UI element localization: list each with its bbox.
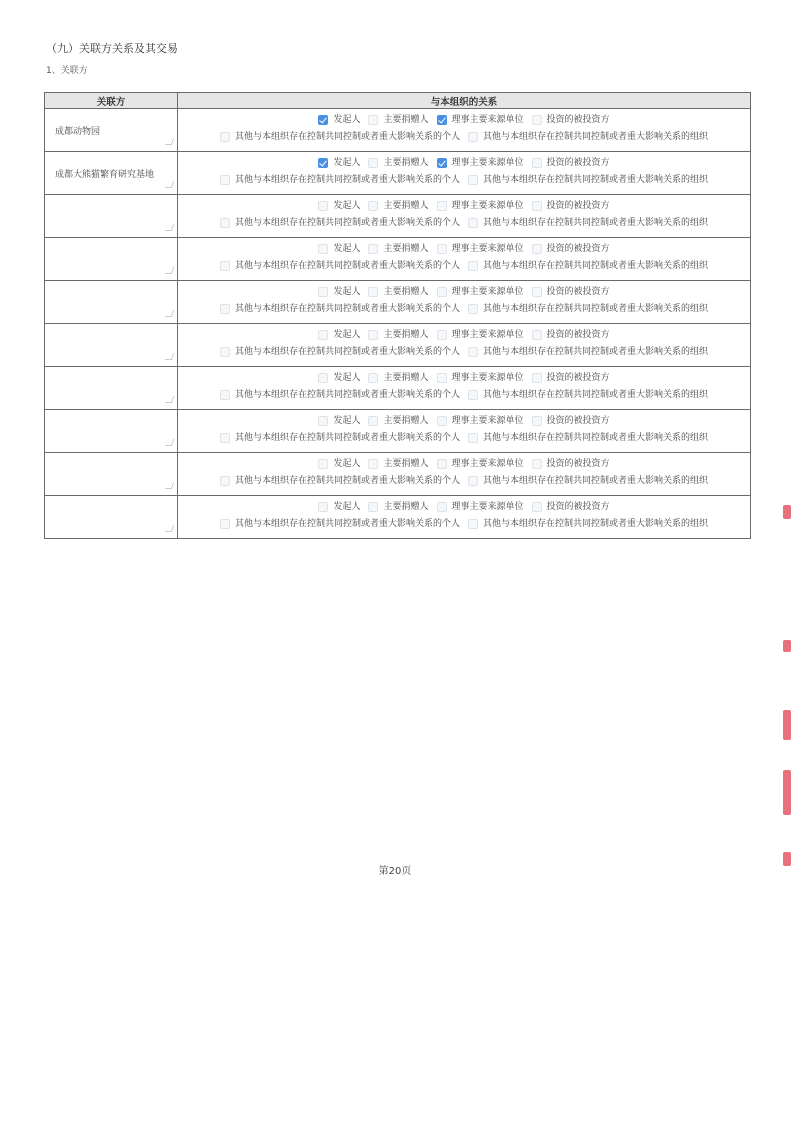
relationship-option[interactable]: 其他与本组织存在控制共同控制或者重大影响关系的个人 — [220, 302, 460, 316]
relationship-option[interactable]: 其他与本组织存在控制共同控制或者重大影响关系的个人 — [220, 431, 460, 445]
related-party-name — [45, 211, 55, 221]
seal-mark — [783, 852, 791, 866]
relationship-option[interactable]: 其他与本组织存在控制共同控制或者重大影响关系的组织 — [468, 345, 708, 359]
checkbox[interactable] — [220, 476, 230, 486]
checkbox[interactable] — [318, 373, 328, 383]
option-label: 投资的被投资方 — [547, 500, 610, 514]
checkbox[interactable] — [318, 158, 328, 168]
option-label: 其他与本组织存在控制共同控制或者重大影响关系的组织 — [483, 517, 708, 531]
option-label: 其他与本组织存在控制共同控制或者重大影响关系的组织 — [483, 474, 708, 488]
relationship-option[interactable]: 其他与本组织存在控制共同控制或者重大影响关系的组织 — [468, 216, 708, 230]
checkbox[interactable] — [532, 158, 542, 168]
option-label: 发起人 — [333, 199, 360, 213]
relationship-options: 发起人主要捐赠人理事主要来源单位投资的被投资方其他与本组织存在控制共同控制或者重… — [178, 410, 751, 453]
relationship-option[interactable]: 投资的被投资方 — [532, 199, 610, 213]
seal-mark — [783, 505, 791, 519]
checkbox[interactable] — [318, 459, 328, 469]
resize-handle-icon[interactable] — [165, 396, 175, 403]
relationship-option[interactable]: 主要捐赠人 — [368, 242, 428, 256]
relationship-option[interactable]: 主要捐赠人 — [368, 285, 428, 299]
checkbox[interactable] — [468, 519, 478, 529]
option-label: 投资的被投资方 — [547, 371, 610, 385]
checkbox[interactable] — [368, 287, 378, 297]
relationship-option[interactable]: 其他与本组织存在控制共同控制或者重大影响关系的组织 — [468, 173, 708, 187]
checkbox[interactable] — [220, 132, 230, 142]
option-label: 其他与本组织存在控制共同控制或者重大影响关系的组织 — [483, 130, 708, 144]
checkbox[interactable] — [468, 175, 478, 185]
relationship-option[interactable]: 投资的被投资方 — [532, 414, 610, 428]
table-row: 发起人主要捐赠人理事主要来源单位投资的被投资方其他与本组织存在控制共同控制或者重… — [45, 281, 751, 324]
relationship-option[interactable]: 理事主要来源单位 — [437, 242, 524, 256]
option-label: 其他与本组织存在控制共同控制或者重大影响关系的组织 — [483, 259, 708, 273]
related-party-field[interactable] — [45, 496, 178, 539]
option-label: 其他与本组织存在控制共同控制或者重大影响关系的个人 — [235, 345, 460, 359]
resize-handle-icon[interactable] — [165, 525, 175, 532]
checkbox[interactable] — [532, 416, 542, 426]
option-label: 主要捐赠人 — [383, 414, 428, 428]
header-relationship: 与本组织的关系 — [178, 93, 751, 109]
relationship-option[interactable]: 主要捐赠人 — [368, 156, 428, 170]
option-label: 发起人 — [333, 156, 360, 170]
checkbox[interactable] — [468, 132, 478, 142]
relationship-option[interactable]: 其他与本组织存在控制共同控制或者重大影响关系的组织 — [468, 431, 708, 445]
option-label: 其他与本组织存在控制共同控制或者重大影响关系的个人 — [235, 216, 460, 230]
checkbox[interactable] — [368, 502, 378, 512]
relationship-options: 发起人主要捐赠人理事主要来源单位投资的被投资方其他与本组织存在控制共同控制或者重… — [178, 496, 751, 539]
relationship-option[interactable]: 理事主要来源单位 — [437, 328, 524, 342]
checkbox[interactable] — [318, 201, 328, 211]
relationship-option[interactable]: 发起人 — [318, 371, 360, 385]
checkbox[interactable] — [318, 287, 328, 297]
option-label: 发起人 — [333, 113, 360, 127]
option-label: 投资的被投资方 — [547, 113, 610, 127]
checkbox[interactable] — [318, 502, 328, 512]
related-party-name — [45, 469, 55, 479]
relationship-options: 发起人主要捐赠人理事主要来源单位投资的被投资方其他与本组织存在控制共同控制或者重… — [178, 238, 751, 281]
option-label: 发起人 — [333, 285, 360, 299]
checkbox[interactable] — [220, 390, 230, 400]
relationship-option[interactable]: 主要捐赠人 — [368, 500, 428, 514]
table-row: 发起人主要捐赠人理事主要来源单位投资的被投资方其他与本组织存在控制共同控制或者重… — [45, 195, 751, 238]
checkbox[interactable] — [468, 347, 478, 357]
table-row: 成都大熊猫繁育研究基地发起人主要捐赠人理事主要来源单位投资的被投资方其他与本组织… — [45, 152, 751, 195]
option-label: 理事主要来源单位 — [452, 457, 524, 471]
checkbox[interactable] — [368, 330, 378, 340]
checkbox[interactable] — [468, 390, 478, 400]
related-party-field[interactable] — [45, 324, 178, 367]
checkbox[interactable] — [318, 416, 328, 426]
table-row: 发起人主要捐赠人理事主要来源单位投资的被投资方其他与本组织存在控制共同控制或者重… — [45, 324, 751, 367]
relationship-option[interactable]: 理事主要来源单位 — [437, 113, 524, 127]
relationship-option[interactable]: 其他与本组织存在控制共同控制或者重大影响关系的组织 — [468, 130, 708, 144]
option-label: 理事主要来源单位 — [452, 156, 524, 170]
relationship-option[interactable]: 投资的被投资方 — [532, 328, 610, 342]
relationship-option[interactable]: 其他与本组织存在控制共同控制或者重大影响关系的组织 — [468, 474, 708, 488]
relationship-option[interactable]: 发起人 — [318, 500, 360, 514]
relationship-option[interactable]: 发起人 — [318, 328, 360, 342]
option-label: 主要捐赠人 — [383, 242, 428, 256]
option-label: 其他与本组织存在控制共同控制或者重大影响关系的个人 — [235, 302, 460, 316]
relationship-option[interactable]: 投资的被投资方 — [532, 457, 610, 471]
checkbox[interactable] — [437, 416, 447, 426]
checkbox[interactable] — [532, 287, 542, 297]
checkbox[interactable] — [468, 304, 478, 314]
option-label: 其他与本组织存在控制共同控制或者重大影响关系的组织 — [483, 345, 708, 359]
option-label: 投资的被投资方 — [547, 242, 610, 256]
checkbox[interactable] — [532, 459, 542, 469]
option-label: 其他与本组织存在控制共同控制或者重大影响关系的个人 — [235, 517, 460, 531]
option-label: 理事主要来源单位 — [452, 199, 524, 213]
relationship-options: 发起人主要捐赠人理事主要来源单位投资的被投资方其他与本组织存在控制共同控制或者重… — [178, 453, 751, 496]
related-party-name — [45, 426, 55, 436]
option-label: 其他与本组织存在控制共同控制或者重大影响关系的个人 — [235, 388, 460, 402]
relationship-option[interactable]: 主要捐赠人 — [368, 113, 428, 127]
relationship-option[interactable]: 其他与本组织存在控制共同控制或者重大影响关系的个人 — [220, 345, 460, 359]
resize-handle-icon[interactable] — [165, 267, 175, 274]
relationship-option[interactable]: 理事主要来源单位 — [437, 199, 524, 213]
option-label: 投资的被投资方 — [547, 457, 610, 471]
related-party-field[interactable]: 成都大熊猫繁育研究基地 — [45, 152, 178, 195]
option-label: 投资的被投资方 — [547, 285, 610, 299]
checkbox[interactable] — [368, 115, 378, 125]
checkbox[interactable] — [220, 433, 230, 443]
resize-handle-icon[interactable] — [165, 310, 175, 317]
checkbox[interactable] — [437, 115, 447, 125]
option-label: 投资的被投资方 — [547, 414, 610, 428]
checkbox[interactable] — [437, 502, 447, 512]
option-label: 其他与本组织存在控制共同控制或者重大影响关系的组织 — [483, 173, 708, 187]
seal-mark — [783, 640, 791, 652]
checkbox[interactable] — [220, 218, 230, 228]
relationship-option[interactable]: 理事主要来源单位 — [437, 414, 524, 428]
relationship-option[interactable]: 投资的被投资方 — [532, 371, 610, 385]
option-label: 其他与本组织存在控制共同控制或者重大影响关系的组织 — [483, 302, 708, 316]
resize-handle-icon[interactable] — [165, 482, 175, 489]
relationship-option[interactable]: 主要捐赠人 — [368, 457, 428, 471]
relationship-option[interactable]: 主要捐赠人 — [368, 199, 428, 213]
relationship-option[interactable]: 投资的被投资方 — [532, 500, 610, 514]
checkbox[interactable] — [468, 433, 478, 443]
related-party-field[interactable] — [45, 453, 178, 496]
checkbox[interactable] — [437, 244, 447, 254]
related-party-field[interactable] — [45, 367, 178, 410]
checkbox[interactable] — [368, 459, 378, 469]
checkbox[interactable] — [532, 373, 542, 383]
option-label: 其他与本组织存在控制共同控制或者重大影响关系的组织 — [483, 431, 708, 445]
related-party-field[interactable] — [45, 281, 178, 324]
related-party-field[interactable]: 成都动物园 — [45, 109, 178, 152]
option-label: 投资的被投资方 — [547, 199, 610, 213]
checkbox[interactable] — [368, 158, 378, 168]
checkbox[interactable] — [220, 304, 230, 314]
relationship-option[interactable]: 其他与本组织存在控制共同控制或者重大影响关系的个人 — [220, 517, 460, 531]
relationship-option[interactable]: 其他与本组织存在控制共同控制或者重大影响关系的组织 — [468, 259, 708, 273]
checkbox[interactable] — [437, 373, 447, 383]
relationship-option[interactable]: 其他与本组织存在控制共同控制或者重大影响关系的个人 — [220, 474, 460, 488]
checkbox[interactable] — [468, 476, 478, 486]
option-label: 主要捐赠人 — [383, 371, 428, 385]
checkbox[interactable] — [220, 175, 230, 185]
relationship-option[interactable]: 其他与本组织存在控制共同控制或者重大影响关系的个人 — [220, 388, 460, 402]
relationship-option[interactable]: 发起人 — [318, 285, 360, 299]
checkbox[interactable] — [532, 201, 542, 211]
option-label: 理事主要来源单位 — [452, 328, 524, 342]
option-label: 理事主要来源单位 — [452, 414, 524, 428]
related-party-name — [45, 297, 55, 307]
option-label: 其他与本组织存在控制共同控制或者重大影响关系的个人 — [235, 259, 460, 273]
relationship-option[interactable]: 其他与本组织存在控制共同控制或者重大影响关系的个人 — [220, 173, 460, 187]
related-party-name — [45, 340, 55, 350]
relationship-option[interactable]: 投资的被投资方 — [532, 113, 610, 127]
checkbox[interactable] — [532, 244, 542, 254]
checkbox[interactable] — [318, 244, 328, 254]
relationship-options: 发起人主要捐赠人理事主要来源单位投资的被投资方其他与本组织存在控制共同控制或者重… — [178, 152, 751, 195]
section-title: （九）关联方关系及其交易 — [46, 40, 178, 56]
checkbox[interactable] — [468, 218, 478, 228]
checkbox[interactable] — [220, 347, 230, 357]
relationship-options: 发起人主要捐赠人理事主要来源单位投资的被投资方其他与本组织存在控制共同控制或者重… — [178, 324, 751, 367]
option-label: 主要捐赠人 — [383, 500, 428, 514]
option-label: 主要捐赠人 — [383, 285, 428, 299]
relationship-option[interactable]: 其他与本组织存在控制共同控制或者重大影响关系的组织 — [468, 517, 708, 531]
checkbox[interactable] — [532, 330, 542, 340]
option-label: 主要捐赠人 — [383, 156, 428, 170]
checkbox[interactable] — [437, 201, 447, 211]
relationship-option[interactable]: 发起人 — [318, 156, 360, 170]
option-label: 其他与本组织存在控制共同控制或者重大影响关系的个人 — [235, 474, 460, 488]
option-label: 发起人 — [333, 500, 360, 514]
seal-mark — [783, 710, 791, 740]
checkbox[interactable] — [368, 201, 378, 211]
table-row: 发起人主要捐赠人理事主要来源单位投资的被投资方其他与本组织存在控制共同控制或者重… — [45, 238, 751, 281]
related-party-name — [45, 254, 55, 264]
related-party-field[interactable] — [45, 238, 178, 281]
checkbox[interactable] — [318, 115, 328, 125]
relationship-option[interactable]: 理事主要来源单位 — [437, 457, 524, 471]
resize-handle-icon[interactable] — [165, 353, 175, 360]
option-label: 发起人 — [333, 371, 360, 385]
option-label: 发起人 — [333, 328, 360, 342]
option-label: 其他与本组织存在控制共同控制或者重大影响关系的组织 — [483, 388, 708, 402]
option-label: 主要捐赠人 — [383, 113, 428, 127]
relationship-option[interactable]: 发起人 — [318, 113, 360, 127]
checkbox[interactable] — [368, 373, 378, 383]
related-party-name: 成都大熊猫繁育研究基地 — [45, 170, 154, 180]
related-party-field[interactable] — [45, 410, 178, 453]
table-row: 发起人主要捐赠人理事主要来源单位投资的被投资方其他与本组织存在控制共同控制或者重… — [45, 367, 751, 410]
resize-handle-icon[interactable] — [165, 224, 175, 231]
relationship-option[interactable]: 其他与本组织存在控制共同控制或者重大影响关系的个人 — [220, 216, 460, 230]
relationship-option[interactable]: 理事主要来源单位 — [437, 156, 524, 170]
relationship-options: 发起人主要捐赠人理事主要来源单位投资的被投资方其他与本组织存在控制共同控制或者重… — [178, 367, 751, 410]
relationship-option[interactable]: 发起人 — [318, 414, 360, 428]
checkbox[interactable] — [368, 416, 378, 426]
checkbox[interactable] — [437, 287, 447, 297]
option-label: 主要捐赠人 — [383, 457, 428, 471]
relationship-option[interactable]: 发起人 — [318, 242, 360, 256]
option-label: 理事主要来源单位 — [452, 500, 524, 514]
relationship-option[interactable]: 投资的被投资方 — [532, 242, 610, 256]
option-label: 发起人 — [333, 242, 360, 256]
checkbox[interactable] — [437, 459, 447, 469]
checkbox[interactable] — [437, 330, 447, 340]
relationship-option[interactable]: 其他与本组织存在控制共同控制或者重大影响关系的个人 — [220, 259, 460, 273]
table-row: 发起人主要捐赠人理事主要来源单位投资的被投资方其他与本组织存在控制共同控制或者重… — [45, 410, 751, 453]
option-label: 主要捐赠人 — [383, 199, 428, 213]
relationship-option[interactable]: 其他与本组织存在控制共同控制或者重大影响关系的组织 — [468, 302, 708, 316]
relationship-options: 发起人主要捐赠人理事主要来源单位投资的被投资方其他与本组织存在控制共同控制或者重… — [178, 109, 751, 152]
related-party-name: 成都动物园 — [45, 127, 100, 137]
relationship-option[interactable]: 投资的被投资方 — [532, 156, 610, 170]
relationship-options: 发起人主要捐赠人理事主要来源单位投资的被投资方其他与本组织存在控制共同控制或者重… — [178, 195, 751, 238]
relationship-option[interactable]: 发起人 — [318, 457, 360, 471]
option-label: 理事主要来源单位 — [452, 113, 524, 127]
option-label: 其他与本组织存在控制共同控制或者重大影响关系的个人 — [235, 130, 460, 144]
relationship-option[interactable]: 投资的被投资方 — [532, 285, 610, 299]
relationship-option[interactable]: 理事主要来源单位 — [437, 500, 524, 514]
relationship-option[interactable]: 其他与本组织存在控制共同控制或者重大影响关系的组织 — [468, 388, 708, 402]
relationship-option[interactable]: 主要捐赠人 — [368, 371, 428, 385]
seal-mark — [783, 770, 791, 815]
option-label: 其他与本组织存在控制共同控制或者重大影响关系的个人 — [235, 173, 460, 187]
option-label: 发起人 — [333, 457, 360, 471]
option-label: 理事主要来源单位 — [452, 285, 524, 299]
option-label: 发起人 — [333, 414, 360, 428]
header-related-party: 关联方 — [45, 93, 178, 109]
page-number: 第20页 — [0, 862, 790, 877]
relationship-option[interactable]: 主要捐赠人 — [368, 414, 428, 428]
relationship-option[interactable]: 发起人 — [318, 199, 360, 213]
relationship-option[interactable]: 其他与本组织存在控制共同控制或者重大影响关系的个人 — [220, 130, 460, 144]
option-label: 其他与本组织存在控制共同控制或者重大影响关系的组织 — [483, 216, 708, 230]
checkbox[interactable] — [532, 115, 542, 125]
resize-handle-icon[interactable] — [165, 181, 175, 188]
table-row: 发起人主要捐赠人理事主要来源单位投资的被投资方其他与本组织存在控制共同控制或者重… — [45, 453, 751, 496]
sub-title: 1、关联方 — [46, 63, 88, 76]
resize-handle-icon[interactable] — [165, 439, 175, 446]
table-row: 发起人主要捐赠人理事主要来源单位投资的被投资方其他与本组织存在控制共同控制或者重… — [45, 496, 751, 539]
relationship-option[interactable]: 主要捐赠人 — [368, 328, 428, 342]
checkbox[interactable] — [468, 261, 478, 271]
relationship-options: 发起人主要捐赠人理事主要来源单位投资的被投资方其他与本组织存在控制共同控制或者重… — [178, 281, 751, 324]
checkbox[interactable] — [220, 519, 230, 529]
related-party-field[interactable] — [45, 195, 178, 238]
checkbox[interactable] — [220, 261, 230, 271]
checkbox[interactable] — [318, 330, 328, 340]
checkbox[interactable] — [368, 244, 378, 254]
relationship-option[interactable]: 理事主要来源单位 — [437, 371, 524, 385]
related-party-name — [45, 383, 55, 393]
option-label: 理事主要来源单位 — [452, 242, 524, 256]
option-label: 理事主要来源单位 — [452, 371, 524, 385]
option-label: 主要捐赠人 — [383, 328, 428, 342]
option-label: 投资的被投资方 — [547, 156, 610, 170]
option-label: 其他与本组织存在控制共同控制或者重大影响关系的个人 — [235, 431, 460, 445]
checkbox[interactable] — [532, 502, 542, 512]
option-label: 投资的被投资方 — [547, 328, 610, 342]
relationship-option[interactable]: 理事主要来源单位 — [437, 285, 524, 299]
related-party-name — [45, 512, 55, 522]
related-party-table: 关联方 与本组织的关系 成都动物园发起人主要捐赠人理事主要来源单位投资的被投资方… — [44, 92, 751, 539]
checkbox[interactable] — [437, 158, 447, 168]
resize-handle-icon[interactable] — [165, 138, 175, 145]
table-row: 成都动物园发起人主要捐赠人理事主要来源单位投资的被投资方其他与本组织存在控制共同… — [45, 109, 751, 152]
